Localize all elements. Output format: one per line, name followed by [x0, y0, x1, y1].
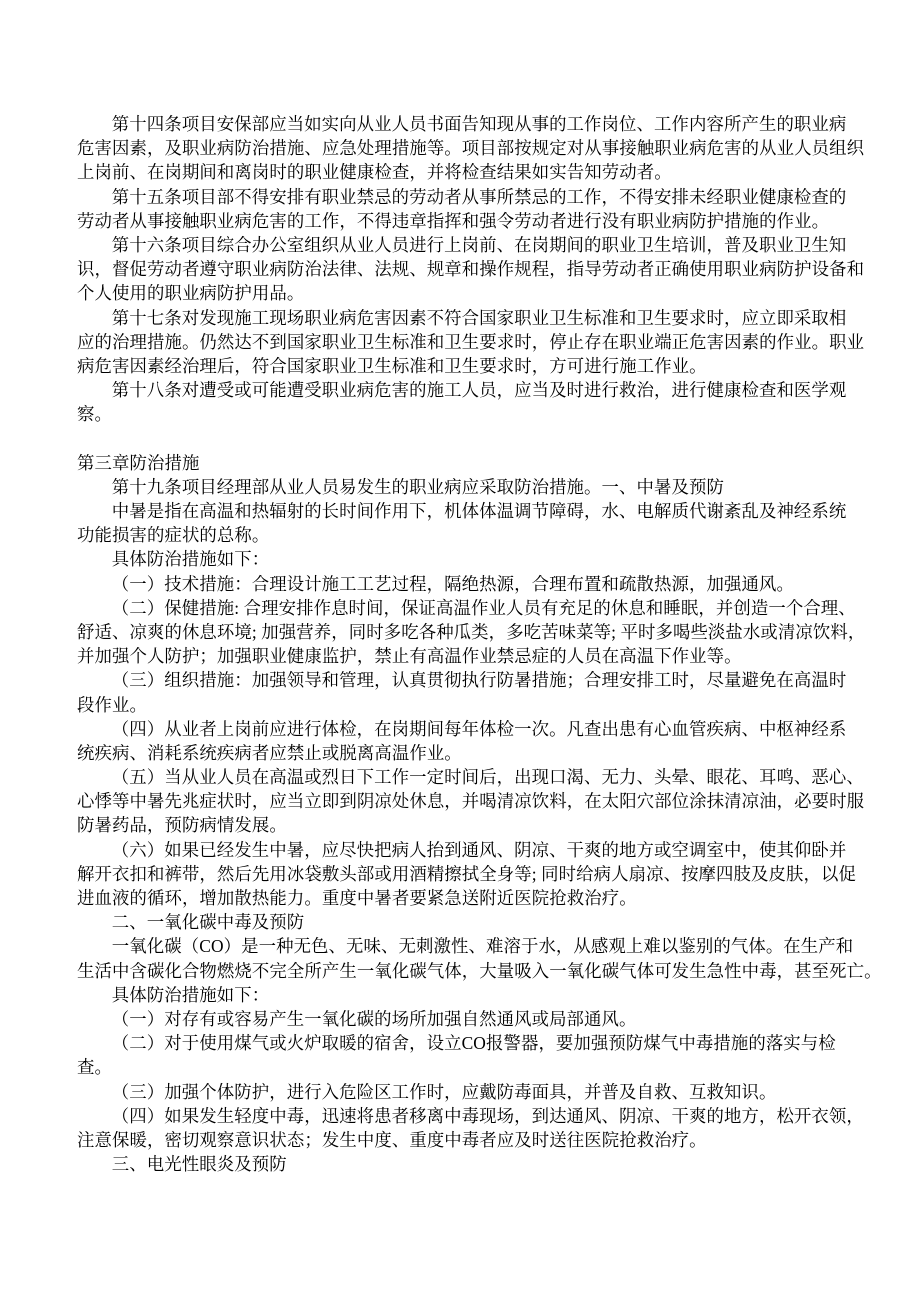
text-line: 第三章防治措施: [77, 451, 867, 475]
text-line: 第十九条项目经理部从业人员易发生的职业病应采取防治措施。一、中暑及预防: [77, 475, 867, 499]
text-line: 查。: [77, 1055, 867, 1079]
text-line: 第十八条对遭受或可能遭受职业病危害的施工人员，应当及时进行救治，进行健康检查和医…: [77, 378, 867, 402]
text-line: 功能损害的症状的总称。: [77, 523, 867, 547]
text-line: 中暑是指在高温和热辐射的长时间作用下，机体体温调节障碍，水、电解质代谢紊乱及神经…: [77, 499, 867, 523]
text-line: （四）如果发生轻度中毒，迅速将患者移离中毒现场，到达通风、阴凉、干爽的地方，松开…: [77, 1104, 867, 1128]
text-line: （一）技术措施：合理设计施工工艺过程，隔绝热源，合理布置和疏散热源，加强通风。: [77, 572, 867, 596]
text-line: 第十七条对发现施工现场职业病危害因素不符合国家职业卫生标准和卫生要求时，应立即采…: [77, 306, 867, 330]
text-line: 统疾病、消耗系统疾病者应禁止或脱离高温作业。: [77, 741, 867, 765]
text-line: 应的治理措施。仍然达不到国家职业卫生标准和卫生要求时，停止存在职业端正危害因素的…: [77, 330, 867, 354]
text-line: 上岗前、在岗期间和离岗时的职业健康检查，并将检查结果如实告知劳动者。: [77, 160, 867, 184]
text-line: 危害因素，及职业病防治措施、应急处理措施等。项目部按规定对从事接触职业病危害的从…: [77, 136, 867, 160]
text-line: 具体防治措施如下：: [77, 547, 867, 571]
text-line: 一氧化碳（CO）是一种无色、无味、无刺激性、难溶于水，从感观上难以鉴别的气体。在…: [77, 934, 867, 958]
text-line: （四）从业者上岗前应进行体检，在岗期间每年体检一次。凡查出患有心血管疾病、中枢神…: [77, 717, 867, 741]
text-line: 注意保暖，密切观察意识状态；发生中度、重度中毒者应及时送往医院抢救治疗。: [77, 1128, 867, 1152]
text-line: （二）对于使用煤气或火炉取暖的宿舍，设立CO报警器，要加强预防煤气中毒措施的落实…: [77, 1031, 867, 1055]
document-page: 第十四条项目安保部应当如实向从业人员书面告知现从事的工作岗位、工作内容所产生的职…: [0, 0, 920, 1301]
text-line: 心悸等中暑先兆症状时，应当立即到阴凉处休息，并喝清凉饮料，在太阳穴部位涂抹清凉油…: [77, 789, 867, 813]
text-line: 第十四条项目安保部应当如实向从业人员书面告知现从事的工作岗位、工作内容所产生的职…: [77, 112, 867, 136]
document-body: 第十四条项目安保部应当如实向从业人员书面告知现从事的工作岗位、工作内容所产生的职…: [77, 112, 867, 1176]
text-line: 进血液的循环，增加散热能力。重度中暑者要紧急送附近医院抢救治疗。: [77, 886, 867, 910]
text-line: 第十五条项目部不得安排有职业禁忌的劳动者从事所禁忌的工作，不得安排未经职业健康检…: [77, 185, 867, 209]
text-line: 生活中含碳化合物燃烧不完全所产生一氧化碳气体，大量吸入一氧化碳气体可发生急性中毒…: [77, 959, 867, 983]
text-line: 二、一氧化碳中毒及预防: [77, 910, 867, 934]
text-line: 具体防治措施如下：: [77, 983, 867, 1007]
text-line: （六）如果已经发生中暑，应尽快把病人抬到通风、阴凉、干爽的地方或空调室中，使其仰…: [77, 838, 867, 862]
text-line: 第十六条项目综合办公室组织从业人员进行上岗前、在岗期间的职业卫生培训，普及职业卫…: [77, 233, 867, 257]
text-line: 舒适、凉爽的休息环境; 加强营养，同时多吃各种瓜类，多吃苦味菜等; 平时多喝些淡…: [77, 620, 867, 644]
text-line: 劳动者从事接触职业病危害的工作，不得违章指挥和强令劳动者进行没有职业病防护措施的…: [77, 209, 867, 233]
blank-line: [77, 426, 867, 450]
text-line: 察。: [77, 402, 867, 426]
text-line: 解开衣扣和裤带，然后先用冰袋敷头部或用酒精擦拭全身等; 同时给病人扇凉、按摩四肢…: [77, 862, 867, 886]
text-line: （二）保健措施: 合理安排作息时间，保证高温作业人员有充足的休息和睡眠，并创造一…: [77, 596, 867, 620]
text-line: 病危害因素经治理后，符合国家职业卫生标准和卫生要求时，方可进行施工作业。: [77, 354, 867, 378]
text-line: 防暑药品，预防病情发展。: [77, 813, 867, 837]
text-line: 个人使用的职业病防护用品。: [77, 281, 867, 305]
text-line: 段作业。: [77, 693, 867, 717]
text-line: （三）组织措施：加强领导和管理，认真贯彻执行防暑措施；合理安排工时，尽量避免在高…: [77, 668, 867, 692]
text-line: （三）加强个体防护，进行入危险区工作时，应戴防毒面具，并普及自救、互救知识。: [77, 1080, 867, 1104]
text-line: 并加强个人防护；加强职业健康监护，禁止有高温作业禁忌症的人员在高温下作业等。: [77, 644, 867, 668]
text-line: 三、电光性眼炎及预防: [77, 1152, 867, 1176]
text-line: （五）当从业人员在高温或烈日下工作一定时间后，出现口渴、无力、头晕、眼花、耳鸣、…: [77, 765, 867, 789]
text-line: （一）对存有或容易产生一氧化碳的场所加强自然通风或局部通风。: [77, 1007, 867, 1031]
text-line: 识，督促劳动者遵守职业病防治法律、法规、规章和操作规程，指导劳动者正确使用职业病…: [77, 257, 867, 281]
